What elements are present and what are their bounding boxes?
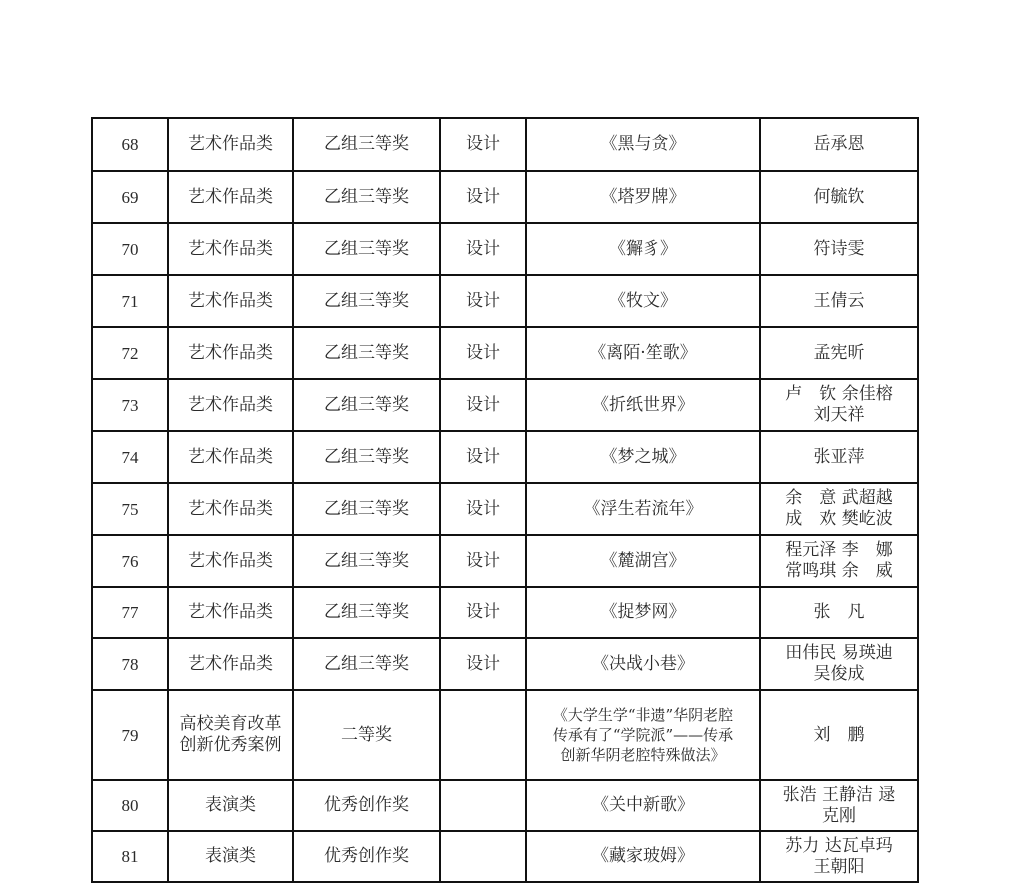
title-cell: 《决战小巷》	[526, 638, 760, 690]
category-cell: 表演类	[168, 780, 293, 831]
table-row: 78艺术作品类乙组三等奖设计《决战小巷》田伟民 易瑛迪 吴俊成	[92, 638, 918, 690]
table-row: 77艺术作品类乙组三等奖设计《捉梦网》张 凡	[92, 587, 918, 638]
title-cell: 《藏家玻姆》	[526, 831, 760, 882]
author-cell: 符诗雯	[760, 223, 918, 275]
category-cell: 艺术作品类	[168, 118, 293, 171]
author-cell: 苏力 达瓦卓玛 王朝阳	[760, 831, 918, 882]
title-cell: 《梦之城》	[526, 431, 760, 483]
type-cell: 设计	[440, 431, 526, 483]
author-cell: 张浩 王静洁 逯 克刚	[760, 780, 918, 831]
category-cell: 艺术作品类	[168, 638, 293, 690]
author-cell: 岳承恩	[760, 118, 918, 171]
title-cell: 《浮生若流年》	[526, 483, 760, 535]
author-cell: 余 意 武超越 成 欢 樊屹波	[760, 483, 918, 535]
award-list-table: 68艺术作品类乙组三等奖设计《黑与贪》岳承恩69艺术作品类乙组三等奖设计《塔罗牌…	[91, 117, 919, 883]
table-row: 74艺术作品类乙组三等奖设计《梦之城》张亚萍	[92, 431, 918, 483]
author-cell: 张亚萍	[760, 431, 918, 483]
title-cell: 《大学生学“非遗”华阴老腔 传承有了“学院派”——传承 创新华阴老腔特殊做法》	[526, 690, 760, 780]
title-cell: 《黑与贪》	[526, 118, 760, 171]
title-cell: 《折纸世界》	[526, 379, 760, 431]
award-cell: 乙组三等奖	[293, 118, 440, 171]
award-cell: 乙组三等奖	[293, 638, 440, 690]
category-cell: 艺术作品类	[168, 379, 293, 431]
title-cell: 《牧文》	[526, 275, 760, 327]
author-cell: 孟宪昕	[760, 327, 918, 379]
row-number: 79	[92, 690, 168, 780]
row-number: 77	[92, 587, 168, 638]
author-cell: 程元泽 李 娜 常鸣琪 余 威	[760, 535, 918, 587]
row-number: 80	[92, 780, 168, 831]
category-cell: 艺术作品类	[168, 275, 293, 327]
author-cell: 卢 钦 余佳榕 刘天祥	[760, 379, 918, 431]
category-cell: 艺术作品类	[168, 171, 293, 223]
table-row: 76艺术作品类乙组三等奖设计《麓湖宫》程元泽 李 娜 常鸣琪 余 威	[92, 535, 918, 587]
row-number: 70	[92, 223, 168, 275]
row-number: 71	[92, 275, 168, 327]
award-cell: 优秀创作奖	[293, 780, 440, 831]
row-number: 72	[92, 327, 168, 379]
table-row: 73艺术作品类乙组三等奖设计《折纸世界》卢 钦 余佳榕 刘天祥	[92, 379, 918, 431]
table-row: 69艺术作品类乙组三等奖设计《塔罗牌》何毓钦	[92, 171, 918, 223]
type-cell: 设计	[440, 535, 526, 587]
table-row: 75艺术作品类乙组三等奖设计《浮生若流年》余 意 武超越 成 欢 樊屹波	[92, 483, 918, 535]
category-cell: 艺术作品类	[168, 327, 293, 379]
type-cell: 设计	[440, 638, 526, 690]
category-cell: 艺术作品类	[168, 431, 293, 483]
table-row: 80表演类优秀创作奖《关中新歌》张浩 王静洁 逯 克刚	[92, 780, 918, 831]
award-cell: 乙组三等奖	[293, 431, 440, 483]
table-row: 71艺术作品类乙组三等奖设计《牧文》王倩云	[92, 275, 918, 327]
title-cell: 《关中新歌》	[526, 780, 760, 831]
category-cell: 表演类	[168, 831, 293, 882]
award-cell: 乙组三等奖	[293, 483, 440, 535]
table-row: 79高校美育改革 创新优秀案例二等奖《大学生学“非遗”华阴老腔 传承有了“学院派…	[92, 690, 918, 780]
table-row: 81表演类优秀创作奖《藏家玻姆》苏力 达瓦卓玛 王朝阳	[92, 831, 918, 882]
type-cell: 设计	[440, 587, 526, 638]
type-cell: 设计	[440, 483, 526, 535]
row-number: 75	[92, 483, 168, 535]
award-cell: 乙组三等奖	[293, 327, 440, 379]
author-cell: 王倩云	[760, 275, 918, 327]
row-number: 76	[92, 535, 168, 587]
row-number: 73	[92, 379, 168, 431]
title-cell: 《獬豸》	[526, 223, 760, 275]
type-cell: 设计	[440, 275, 526, 327]
award-cell: 乙组三等奖	[293, 587, 440, 638]
title-cell: 《离陌·笙歌》	[526, 327, 760, 379]
category-cell: 艺术作品类	[168, 535, 293, 587]
table-row: 70艺术作品类乙组三等奖设计《獬豸》符诗雯	[92, 223, 918, 275]
award-cell: 乙组三等奖	[293, 275, 440, 327]
row-number: 68	[92, 118, 168, 171]
award-cell: 乙组三等奖	[293, 223, 440, 275]
award-cell: 乙组三等奖	[293, 535, 440, 587]
type-cell: 设计	[440, 327, 526, 379]
title-cell: 《捉梦网》	[526, 587, 760, 638]
title-cell: 《塔罗牌》	[526, 171, 760, 223]
row-number: 69	[92, 171, 168, 223]
category-cell: 高校美育改革 创新优秀案例	[168, 690, 293, 780]
row-number: 81	[92, 831, 168, 882]
table-row: 68艺术作品类乙组三等奖设计《黑与贪》岳承恩	[92, 118, 918, 171]
title-cell: 《麓湖宫》	[526, 535, 760, 587]
type-cell	[440, 690, 526, 780]
type-cell: 设计	[440, 223, 526, 275]
table-row: 72艺术作品类乙组三等奖设计《离陌·笙歌》孟宪昕	[92, 327, 918, 379]
type-cell: 设计	[440, 171, 526, 223]
row-number: 74	[92, 431, 168, 483]
type-cell: 设计	[440, 118, 526, 171]
type-cell	[440, 831, 526, 882]
award-cell: 乙组三等奖	[293, 171, 440, 223]
award-cell: 优秀创作奖	[293, 831, 440, 882]
author-cell: 张 凡	[760, 587, 918, 638]
type-cell: 设计	[440, 379, 526, 431]
category-cell: 艺术作品类	[168, 483, 293, 535]
type-cell	[440, 780, 526, 831]
author-cell: 刘 鹏	[760, 690, 918, 780]
award-cell: 二等奖	[293, 690, 440, 780]
category-cell: 艺术作品类	[168, 587, 293, 638]
award-cell: 乙组三等奖	[293, 379, 440, 431]
author-cell: 田伟民 易瑛迪 吴俊成	[760, 638, 918, 690]
author-cell: 何毓钦	[760, 171, 918, 223]
category-cell: 艺术作品类	[168, 223, 293, 275]
row-number: 78	[92, 638, 168, 690]
